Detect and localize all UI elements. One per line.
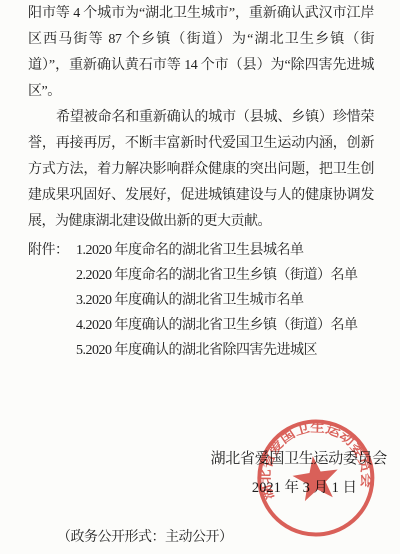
disclosure-note: （政务公开形式：主动公开） xyxy=(57,528,233,547)
attachment-item: 2.2020 年度命名的湖北省卫生乡镇（街道）名单 xyxy=(76,263,380,288)
attachment-list: 附件： 1.2020 年度命名的湖北省卫生县城名单 2.2020 年度命名的湖北… xyxy=(28,238,380,363)
attachments-label: 附件： xyxy=(28,238,76,363)
attachment-item: 3.2020 年度确认的湖北省卫生城市名单 xyxy=(76,288,380,313)
attachment-item: 4.2020 年度确认的湖北省卫生乡镇（街道）名单 xyxy=(76,313,380,338)
paragraph: 希望被命名和重新确认的城市（县城、乡镇）珍惜荣誉，再接再厉，不断丰富新时代爱国卫… xyxy=(28,105,374,235)
document-page: 阳市等 4 个城市为“湖北卫生城市”，重新确认武汉市江岸区西马街等 87 个乡镇… xyxy=(0,0,400,554)
attachment-items: 1.2020 年度命名的湖北省卫生县城名单 2.2020 年度命名的湖北省卫生乡… xyxy=(76,238,380,363)
official-seal-stamp-icon: 湖北省爱国卫生运动委员会 xyxy=(243,409,389,550)
seal-star-icon xyxy=(290,453,341,502)
paragraph: 阳市等 4 个城市为“湖北卫生城市”，重新确认武汉市江岸区西马街等 87 个乡镇… xyxy=(28,1,374,105)
attachment-item: 1.2020 年度命名的湖北省卫生县城名单 xyxy=(76,238,380,263)
attachment-item: 5.2020 年度确认的湖北省除四害先进城区 xyxy=(76,338,380,363)
document-body: 阳市等 4 个城市为“湖北卫生城市”，重新确认武汉市江岸区西马街等 87 个乡镇… xyxy=(28,1,374,235)
